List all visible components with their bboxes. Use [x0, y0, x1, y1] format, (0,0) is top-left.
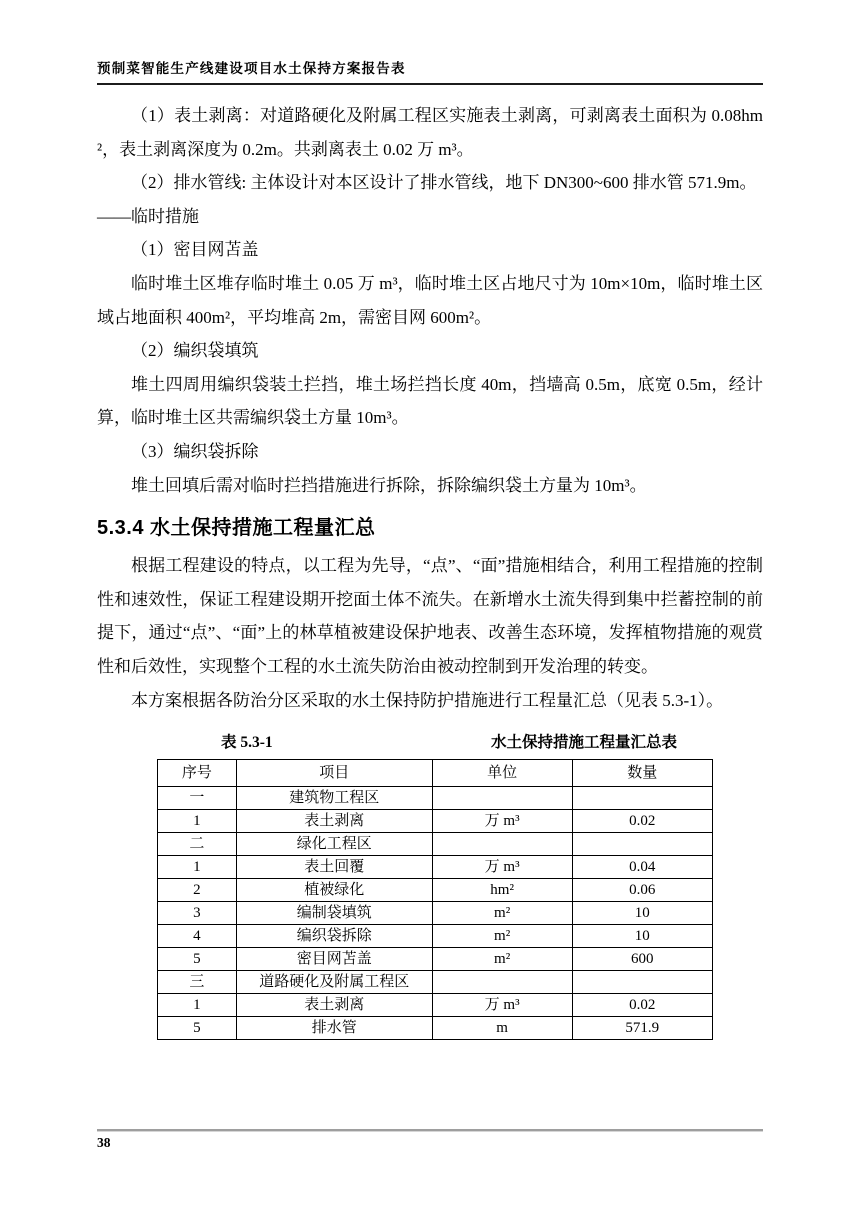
table-row: 3编制袋填筑m²10 [158, 902, 713, 925]
table-cell: 3 [158, 902, 237, 925]
table-cell: 4 [158, 925, 237, 948]
section-heading: 5.3.4 水土保持措施工程量汇总 [97, 515, 763, 541]
table-caption: 表 5.3-1 水土保持措施工程量汇总表 [157, 732, 713, 754]
table-cell: 密目网苫盖 [236, 948, 432, 971]
table-cell [432, 833, 572, 856]
footer-rule [97, 1129, 763, 1132]
body-paragraph: （1）表土剥离：对道路硬化及附属工程区实施表土剥离，可剥离表土面积为 0.08h… [97, 99, 763, 166]
summary-table-body: 一建筑物工程区1表土剥离万 m³0.02二绿化工程区1表土回覆万 m³0.042… [158, 787, 713, 1040]
header-rule [97, 83, 763, 85]
table-cell: 表土回覆 [236, 856, 432, 879]
page-number: 38 [97, 1135, 763, 1151]
table-cell: m² [432, 925, 572, 948]
body-paragraph: 根据工程建设的特点，以工程为先导，“点”、“面”措施相结合，利用工程措施的控制性… [97, 549, 763, 683]
column-header: 数量 [572, 760, 712, 787]
table-cell [572, 787, 712, 810]
table-cell: 三 [158, 971, 237, 994]
body-paragraph: 临时堆土区堆存临时堆土 0.05 万 m³，临时堆土区占地尺寸为 10m×10m… [97, 267, 763, 334]
table-row: 一建筑物工程区 [158, 787, 713, 810]
page-footer: 38 [97, 1129, 763, 1151]
table-cell [572, 833, 712, 856]
body-paragraph: （3）编织袋拆除 [97, 435, 763, 469]
table-cell: 表土剥离 [236, 810, 432, 833]
table-cell: 0.02 [572, 810, 712, 833]
document-page: 预制菜智能生产线建设项目水土保持方案报告表 （1）表土剥离：对道路硬化及附属工程… [0, 0, 860, 1216]
table-cell: m² [432, 948, 572, 971]
table-cell: 编织袋拆除 [236, 925, 432, 948]
table-row: 1表土剥离万 m³0.02 [158, 994, 713, 1017]
table-caption-title: 水土保持措施工程量汇总表 [491, 732, 677, 754]
table-row: 4编织袋拆除m²10 [158, 925, 713, 948]
table-cell: m [432, 1017, 572, 1040]
table-cell: 10 [572, 925, 712, 948]
table-cell: 5 [158, 1017, 237, 1040]
table-row: 1表土剥离万 m³0.02 [158, 810, 713, 833]
table-cell: 0.02 [572, 994, 712, 1017]
body-paragraph: 本方案根据各防治分区采取的水土保持防护措施进行工程量汇总（见表 5.3-1）。 [97, 684, 763, 718]
summary-table: 序号 项目 单位 数量 一建筑物工程区1表土剥离万 m³0.02二绿化工程区1表… [157, 759, 713, 1040]
table-cell: 万 m³ [432, 810, 572, 833]
table-cell: 0.06 [572, 879, 712, 902]
body-paragraph: 堆土四周用编织袋装土拦挡，堆土场拦挡长度 40m，挡墙高 0.5m，底宽 0.5… [97, 368, 763, 435]
table-cell: 5 [158, 948, 237, 971]
document-body: （1）表土剥离：对道路硬化及附属工程区实施表土剥离，可剥离表土面积为 0.08h… [97, 99, 763, 1040]
table-caption-label: 表 5.3-1 [221, 732, 273, 754]
table-cell: 编制袋填筑 [236, 902, 432, 925]
page-header: 预制菜智能生产线建设项目水土保持方案报告表 [97, 60, 763, 85]
body-paragraph: （2）排水管线: 主体设计对本区设计了排水管线，地下 DN300~600 排水管… [97, 166, 763, 200]
table-cell: 0.04 [572, 856, 712, 879]
table-row: 5密目网苫盖m²600 [158, 948, 713, 971]
table-cell: 万 m³ [432, 856, 572, 879]
table-cell: 二 [158, 833, 237, 856]
body-paragraph: 堆土回填后需对临时拦挡措施进行拆除，拆除编织袋土方量为 10m³。 [97, 469, 763, 503]
table-cell: 571.9 [572, 1017, 712, 1040]
table-cell: m² [432, 902, 572, 925]
column-header: 序号 [158, 760, 237, 787]
table-row: 三道路硬化及附属工程区 [158, 971, 713, 994]
body-paragraph: ——临时措施 [97, 200, 763, 234]
table-cell [572, 971, 712, 994]
column-header: 单位 [432, 760, 572, 787]
table-cell: 1 [158, 810, 237, 833]
table-cell: 表土剥离 [236, 994, 432, 1017]
table-cell [432, 787, 572, 810]
table-cell: 1 [158, 994, 237, 1017]
table-cell: 1 [158, 856, 237, 879]
table-row: 5排水管m571.9 [158, 1017, 713, 1040]
body-paragraph: （2）编织袋填筑 [97, 334, 763, 368]
table-cell: 植被绿化 [236, 879, 432, 902]
table-header-row: 序号 项目 单位 数量 [158, 760, 713, 787]
table-block: 表 5.3-1 水土保持措施工程量汇总表 序号 项目 单位 数量 一建筑物工程区… [157, 732, 713, 1040]
table-row: 1表土回覆万 m³0.04 [158, 856, 713, 879]
table-cell: 建筑物工程区 [236, 787, 432, 810]
table-cell [432, 971, 572, 994]
table-cell: 绿化工程区 [236, 833, 432, 856]
table-cell: 一 [158, 787, 237, 810]
table-cell: hm² [432, 879, 572, 902]
table-cell: 2 [158, 879, 237, 902]
body-paragraph: （1）密目网苫盖 [97, 233, 763, 267]
table-cell: 万 m³ [432, 994, 572, 1017]
table-cell: 排水管 [236, 1017, 432, 1040]
table-row: 二绿化工程区 [158, 833, 713, 856]
table-row: 2植被绿化hm²0.06 [158, 879, 713, 902]
table-cell: 道路硬化及附属工程区 [236, 971, 432, 994]
column-header: 项目 [236, 760, 432, 787]
table-cell: 600 [572, 948, 712, 971]
table-cell: 10 [572, 902, 712, 925]
header-title: 预制菜智能生产线建设项目水土保持方案报告表 [97, 60, 763, 78]
